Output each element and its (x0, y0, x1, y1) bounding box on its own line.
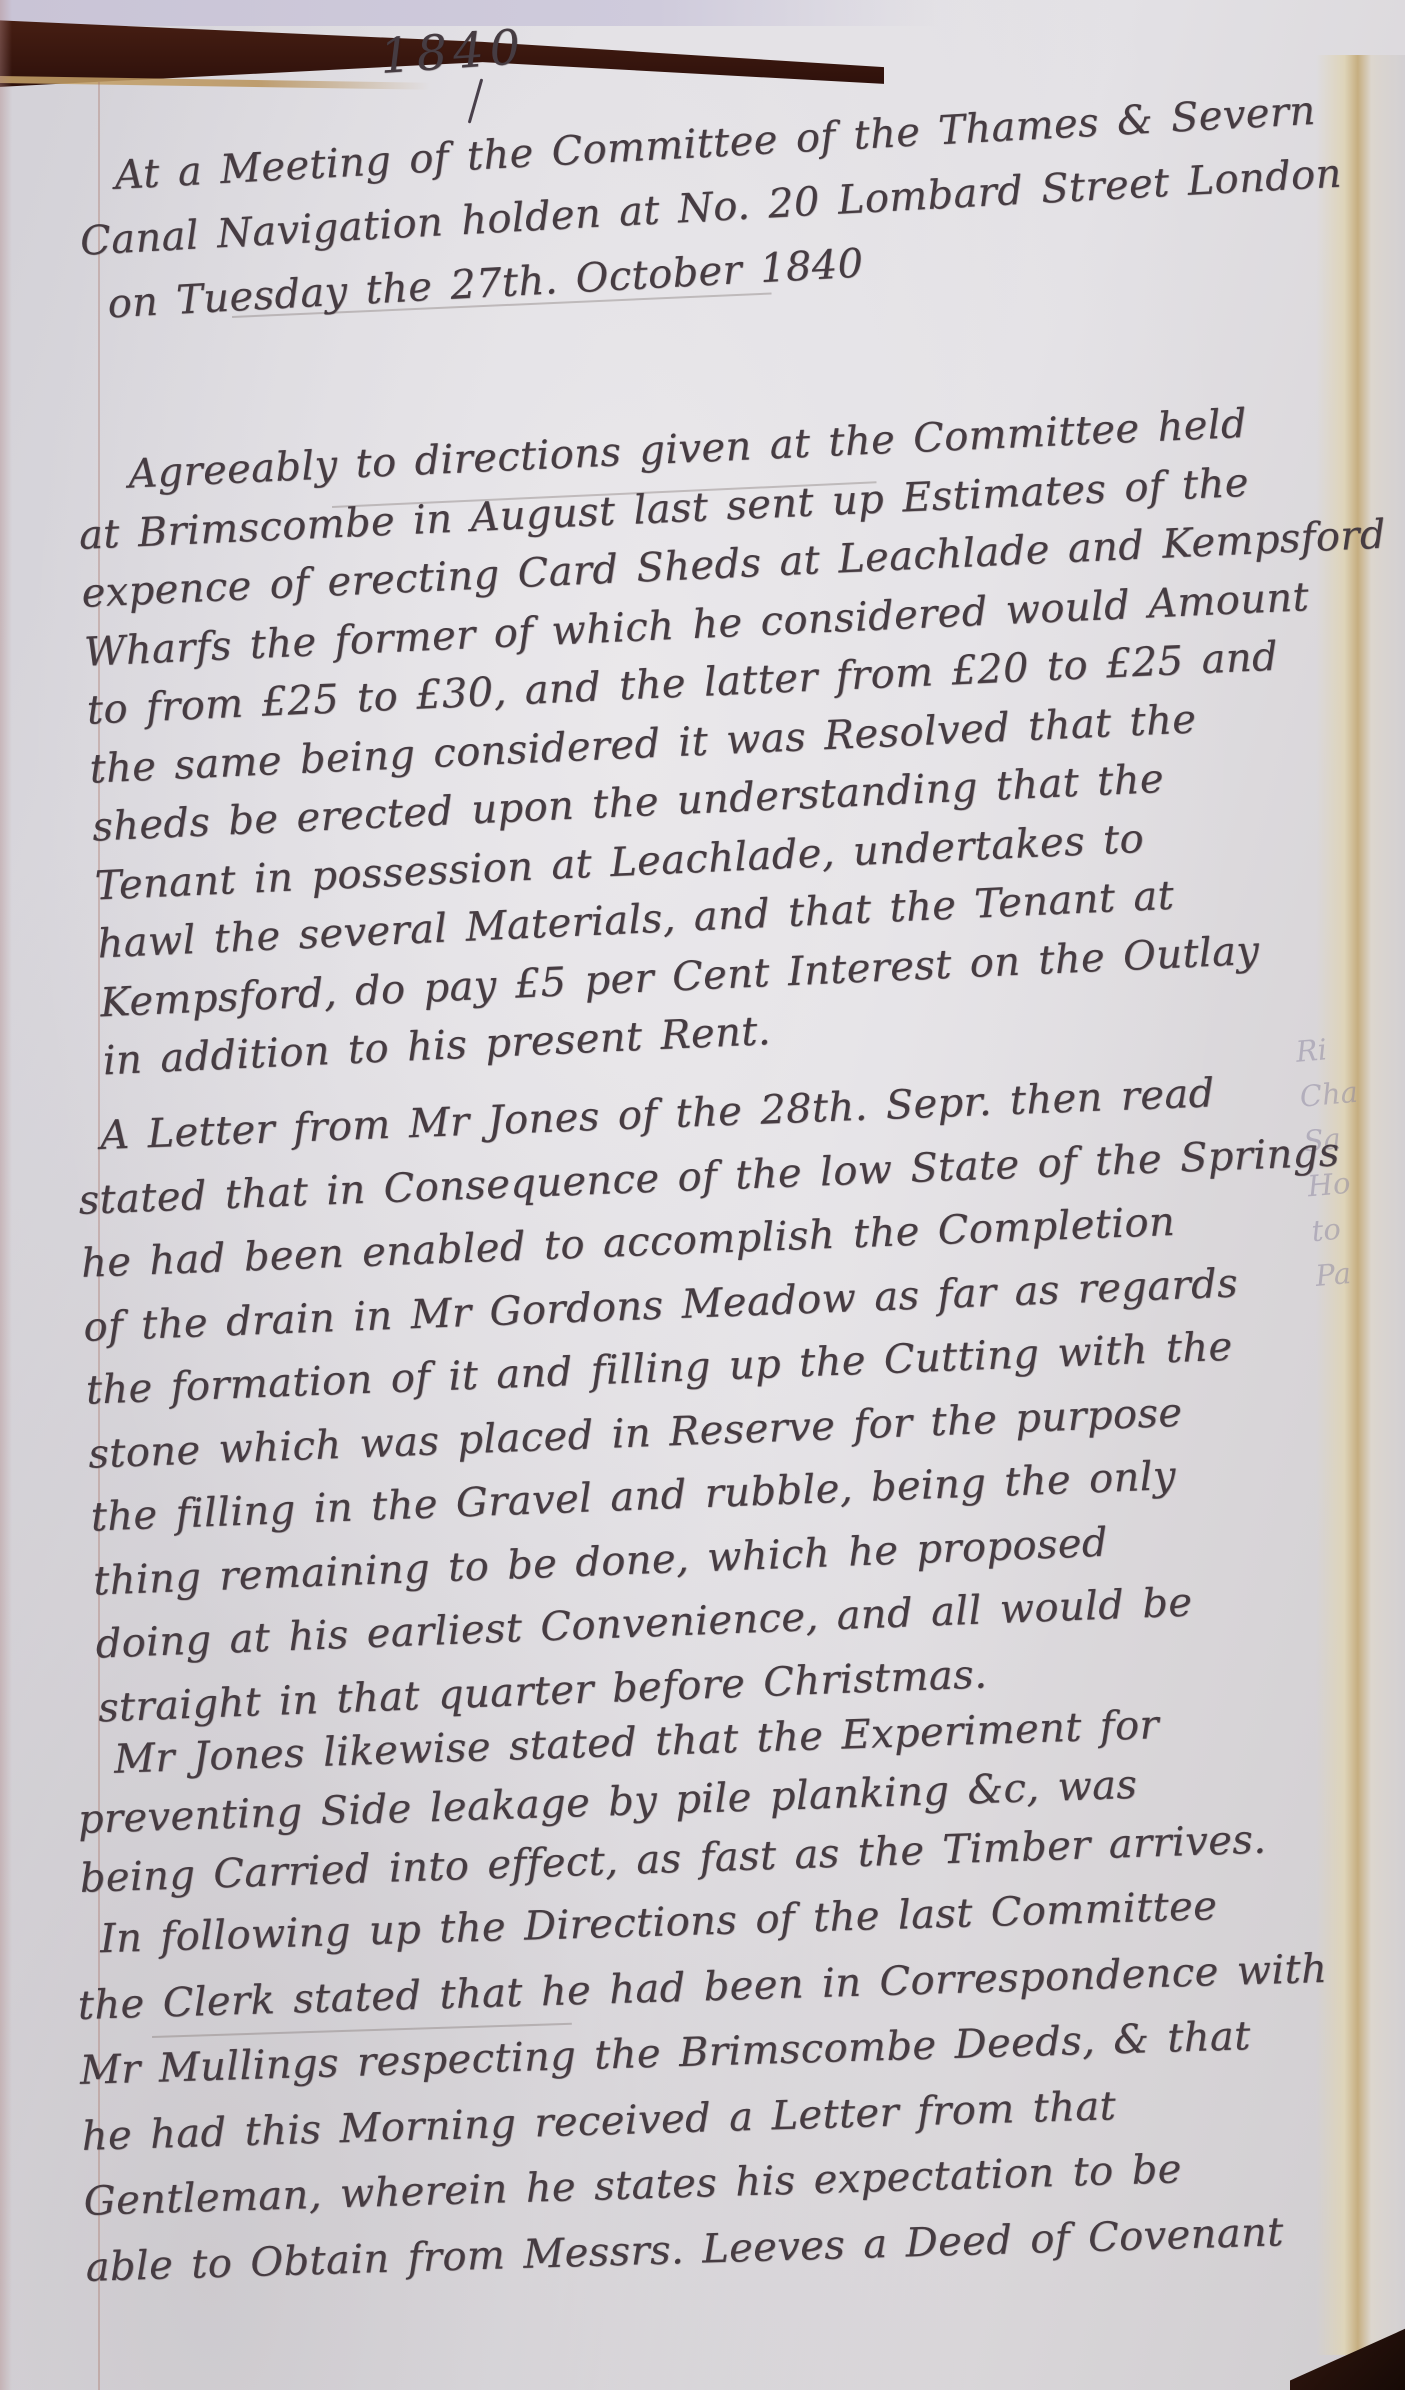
year-heading: 1840 (378, 19, 528, 85)
gilt-page-edge (0, 76, 430, 90)
page-left-edge-shading (0, 0, 12, 2390)
paragraph-jones-letter: A Letter from Mr Jones of the 28th. Sepr… (75, 1058, 1360, 1741)
stray-ink-mark (468, 78, 484, 123)
paragraph-sheds-resolution: Agreeably to directions given at the Com… (75, 391, 1365, 1091)
paragraph-clerk-correspondence: In following up the Directions of the la… (75, 1871, 1348, 2301)
manuscript-page: 1840 At a Meeting of the Committee of th… (0, 0, 1405, 2390)
opening-paragraph: At a Meeting of the Committee of the Tha… (75, 78, 1346, 338)
